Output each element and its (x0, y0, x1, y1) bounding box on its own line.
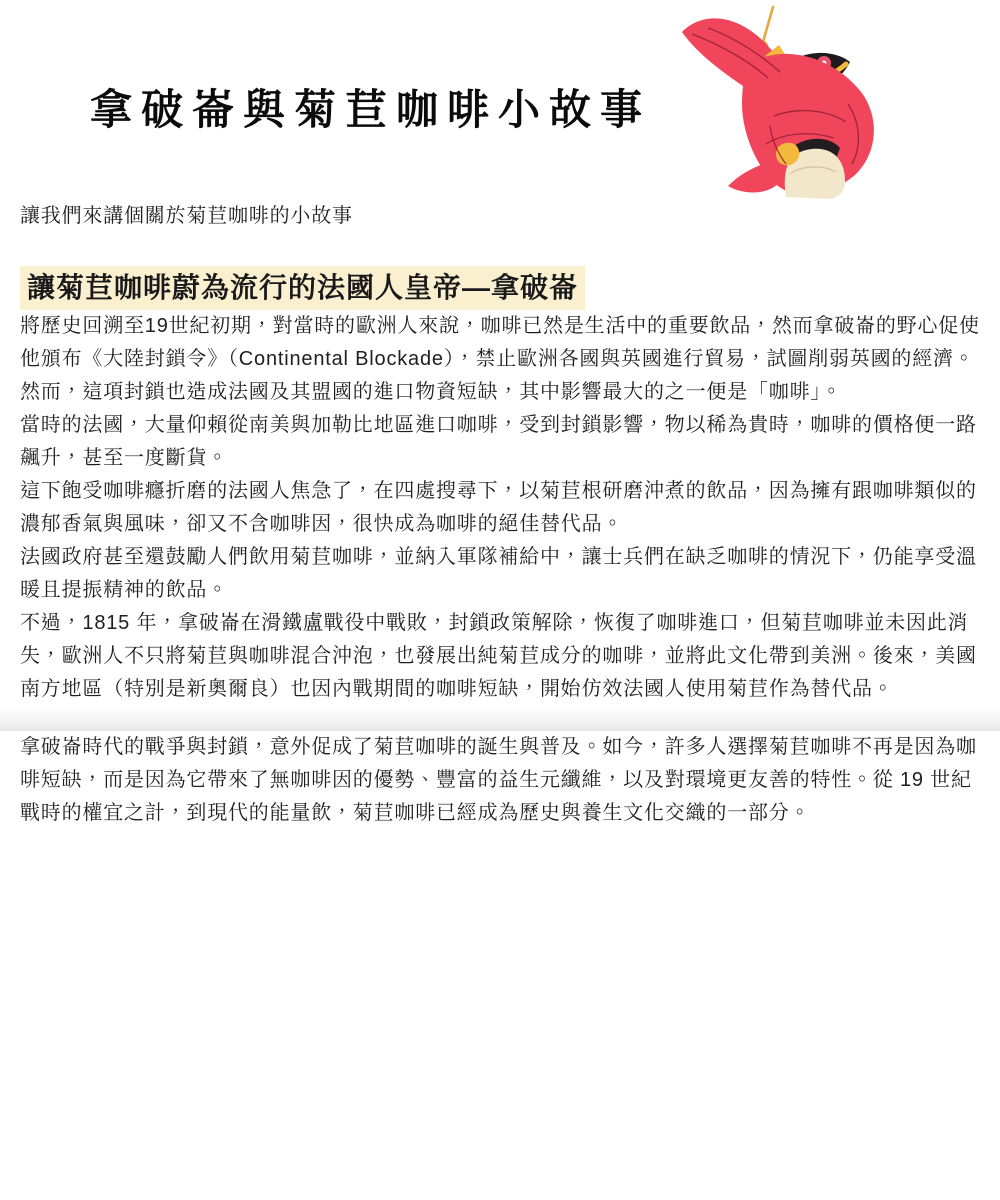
paragraph-army-supply: 法國政府甚至還鼓勵人們飲用菊苣咖啡，並納入軍隊補給中，讓士兵們在缺乏咖啡的情況下… (20, 541, 982, 607)
paragraph-coffee-shortage: 當時的法國，大量仰賴從南美與加勒比地區進口咖啡，受到封鎖影響，物以稀為貴時，咖啡… (20, 409, 982, 475)
document-page: 拿破崙與菊苣咖啡小故事 (0, 0, 1000, 1200)
intro-text: 讓我們來講個關於菊苣咖啡的小故事 (20, 200, 982, 233)
napoleon-illustration-icon (678, 4, 890, 200)
paragraph-legacy: 拿破崙時代的戰爭與封鎖，意外促成了菊苣咖啡的誕生與普及。如今，許多人選擇菊苣咖啡… (20, 731, 982, 830)
paragraph-blockade: 將歷史回溯至19世紀初期，對當時的歐洲人來說，咖啡已然是生活中的重要飲品，然而拿… (20, 310, 982, 409)
napoleon-svg (678, 4, 890, 200)
highlight-heading: 讓菊苣咖啡蔚為流行的法國人皇帝—拿破崙 (20, 266, 585, 310)
section-divider (0, 706, 1000, 731)
paragraph-chicory-substitute: 這下飽受咖啡癮折磨的法國人焦急了，在四處搜尋下，以菊苣根研磨沖煮的飲品，因為擁有… (20, 475, 982, 541)
page-title: 拿破崙與菊苣咖啡小故事 (90, 84, 651, 136)
paragraph-waterloo: 不過，1815 年，拿破崙在滑鐵盧戰役中戰敗，封鎖政策解除，恢復了咖啡進口，但菊… (20, 607, 982, 706)
article-body: 讓我們來講個關於菊苣咖啡的小故事 讓菊苣咖啡蔚為流行的法國人皇帝—拿破崙 將歷史… (20, 200, 982, 830)
